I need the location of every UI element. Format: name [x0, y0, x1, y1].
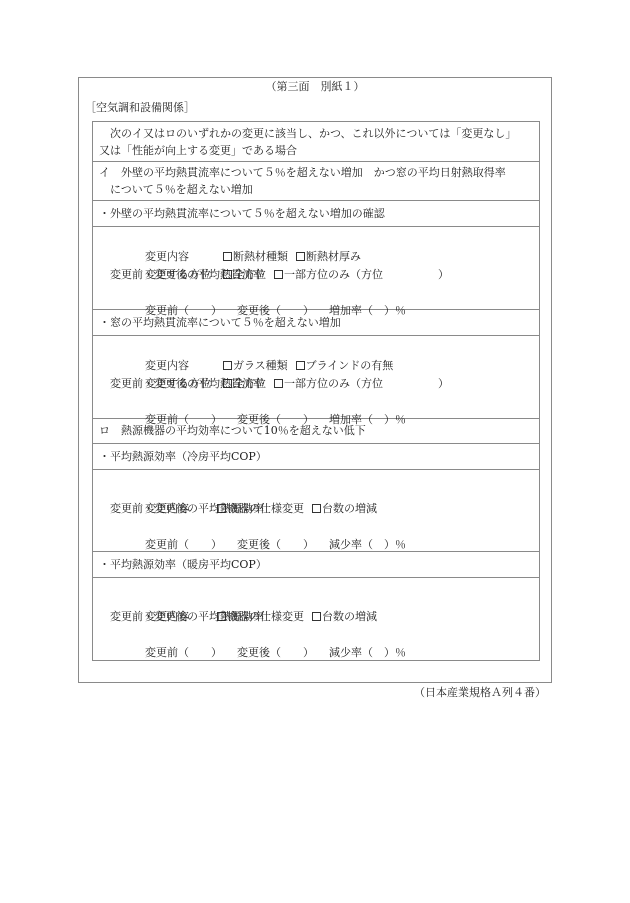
option-partial-directions[interactable]: 一部方位のみ（方位 ） [274, 375, 449, 393]
heating-change-content-line: 変更内容機器の仕様変更台数の増減 [110, 590, 539, 608]
paper-size-note: （日本産業規格Ａ列４番） [380, 686, 546, 700]
heating-heading-row: ・平均熱源効率（暖房平均COP） [93, 552, 539, 578]
cooling-body-row: 変更内容機器の仕様変更台数の増減 変更前・変更後の平均熱源効率 変更前（ ）変更… [93, 470, 539, 552]
option-insulation-type[interactable]: 断熱材種類 [223, 248, 288, 266]
checkbox-icon[interactable] [312, 612, 321, 621]
form-outer-frame: （第三面 別紙１） ［空気調和設備関係］ 次のイ又はロのいずれかの変更に該当し、… [78, 77, 552, 683]
option-partial-directions[interactable]: 一部方位のみ（方位 ） [274, 266, 449, 284]
document-page: （第三面 別紙１） ［空気調和設備関係］ 次のイ又はロのいずれかの変更に該当し、… [0, 0, 630, 903]
change-content-label: 変更内容 [145, 248, 223, 266]
after-field[interactable]: 変更後（ ） [237, 644, 329, 662]
sheet-title: （第三面 別紙１） [79, 80, 551, 94]
wall-values-line: 変更前（ ）変更後（ ）増加率（ ）％ [110, 284, 539, 302]
item-i-line-1: イ 外壁の平均熱貫流率について５％を超えない増加 かつ窓の平均日射熱取得率 [99, 164, 533, 181]
item-i-line-2: について５％を超えない増加 [99, 181, 533, 198]
intro-line-1: 次のイ又はロのいずれかの変更に該当し、かつ、これ以外については「変更なし」 [99, 125, 533, 142]
form-table: 次のイ又はロのいずれかの変更に該当し、かつ、これ以外については「変更なし」 又は… [92, 121, 540, 661]
window-body-row: 変更内容ガラス種類ブラインドの有無 変更する方位全方位一部方位のみ（方位 ） 変… [93, 336, 539, 419]
wall-body-row: 変更内容断熱材種類断熱材厚み 変更する方位全方位一部方位のみ（方位 ） 変更前・… [93, 227, 539, 310]
option-unit-count-change[interactable]: 台数の増減 [312, 608, 377, 626]
cooling-values-line: 変更前（ ）変更後（ ）減少率（ ）％ [110, 518, 539, 536]
checkbox-icon[interactable] [274, 270, 283, 279]
heating-body-row: 変更内容機器の仕様変更台数の増減 変更前・変更後の平均熱源効率 変更前（ ）変更… [93, 578, 539, 660]
wall-change-content-line: 変更内容断熱材種類断熱材厚み [110, 230, 539, 248]
option-unit-count-change[interactable]: 台数の増減 [312, 500, 377, 518]
wall-heading: ・外壁の平均熱貫流率について５％を超えない増加の確認 [99, 207, 385, 220]
checkbox-icon[interactable] [296, 252, 305, 261]
item-i-row: イ 外壁の平均熱貫流率について５％を超えない増加 かつ窓の平均日射熱取得率 につ… [93, 162, 539, 201]
intro-row: 次のイ又はロのいずれかの変更に該当し、かつ、これ以外については「変更なし」 又は… [93, 122, 539, 162]
option-blind-presence[interactable]: ブラインドの有無 [296, 357, 394, 375]
before-field[interactable]: 変更前（ ） [145, 644, 237, 662]
heating-values-line: 変更前（ ）変更後（ ）減少率（ ）％ [110, 626, 539, 644]
checkbox-icon[interactable] [274, 379, 283, 388]
change-content-label: 変更内容 [145, 357, 223, 375]
decrease-rate-field[interactable]: 減少率（ ）％ [329, 538, 406, 551]
window-heading: ・窓の平均熱貫流率について５％を超えない増加 [99, 316, 341, 329]
section-label: ［空気調和設備関係］ [85, 101, 195, 115]
window-heading-row: ・窓の平均熱貫流率について５％を超えない増加 [93, 310, 539, 336]
item-ro-row: ロ 熱源機器の平均効率について10％を超えない低下 [93, 419, 539, 444]
checkbox-icon[interactable] [312, 504, 321, 513]
checkbox-icon[interactable] [296, 361, 305, 370]
checkbox-icon[interactable] [223, 252, 232, 261]
checkbox-icon[interactable] [223, 361, 232, 370]
heating-heading: ・平均熱源効率（暖房平均COP） [99, 558, 267, 571]
item-ro-line: ロ 熱源機器の平均効率について10％を超えない低下 [99, 424, 366, 437]
cooling-heading: ・平均熱源効率（冷房平均COP） [99, 450, 267, 463]
option-insulation-thickness[interactable]: 断熱材厚み [296, 248, 361, 266]
option-glass-type[interactable]: ガラス種類 [223, 357, 288, 375]
cooling-change-content-line: 変更内容機器の仕様変更台数の増減 [110, 482, 539, 500]
decrease-rate-field[interactable]: 減少率（ ）％ [329, 646, 406, 659]
intro-line-2: 又は「性能が向上する変更」である場合 [99, 142, 533, 159]
wall-heading-row: ・外壁の平均熱貫流率について５％を超えない増加の確認 [93, 201, 539, 227]
window-change-content-line: 変更内容ガラス種類ブラインドの有無 [110, 339, 539, 357]
cooling-heading-row: ・平均熱源効率（冷房平均COP） [93, 444, 539, 470]
window-values-line: 変更前（ ）変更後（ ）増加率（ ）％ [110, 393, 539, 411]
